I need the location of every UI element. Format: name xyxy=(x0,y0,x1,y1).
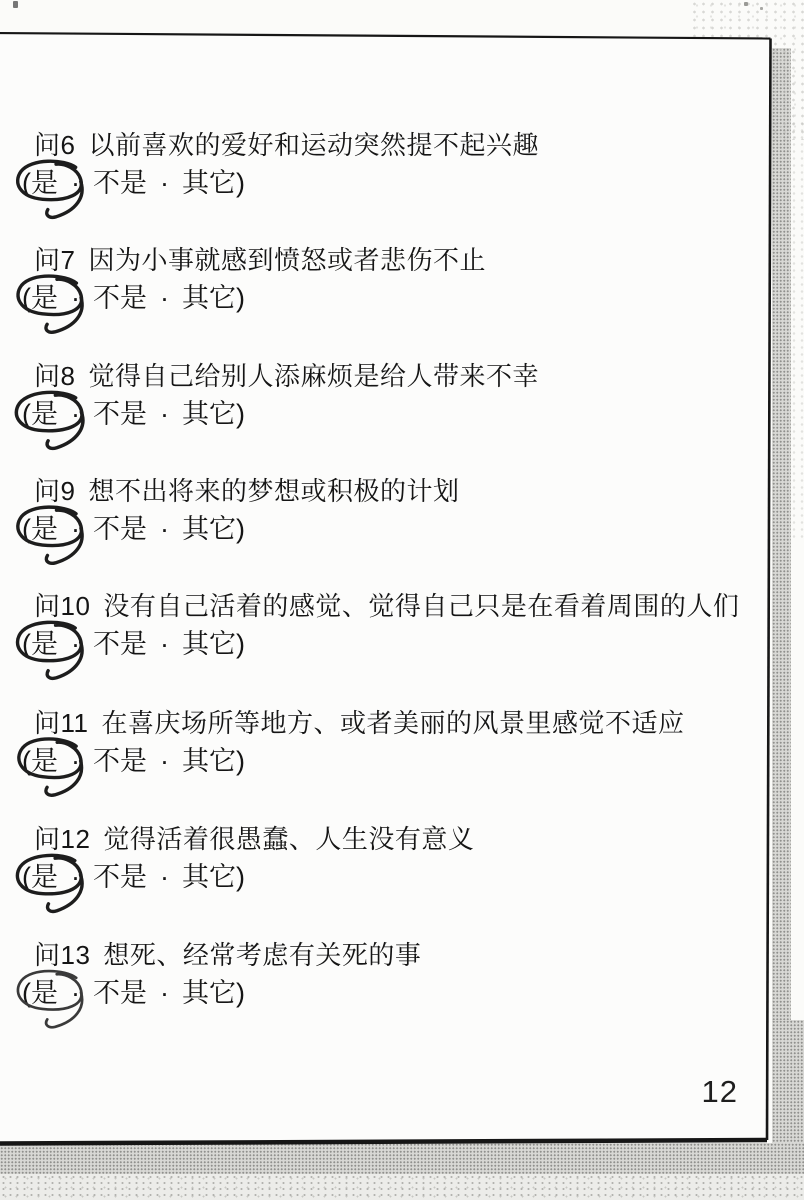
answer-yes-circled: (是 xyxy=(22,511,58,547)
separator-dot: · xyxy=(160,859,169,895)
separator-dot: · xyxy=(160,626,169,662)
question-number: 问13 xyxy=(34,940,90,970)
separator-dot: · xyxy=(160,743,169,779)
answer-yes: 是 xyxy=(31,514,58,544)
question-item: 问8觉得自己给别人添麻烦是给人带来不幸 (是·不是·其它) xyxy=(0,359,780,432)
question-text: 觉得活着很愚蠢、人生没有意义 xyxy=(103,824,474,854)
question-line: 问12觉得活着很愚蠢、人生没有意义 xyxy=(34,822,780,856)
answer-yes: 是 xyxy=(31,862,58,892)
open-paren: ( xyxy=(22,629,31,659)
separator-dot: · xyxy=(71,743,80,779)
open-paren: ( xyxy=(22,168,31,198)
open-paren: ( xyxy=(22,283,31,313)
answer-options: (是·不是·其它) xyxy=(22,396,780,432)
question-text: 觉得自己给别人添麻烦是给人带来不幸 xyxy=(88,361,539,391)
question-line: 问9想不出将来的梦想或积极的计划 xyxy=(34,474,780,508)
answer-yes-circled: (是 xyxy=(22,165,58,201)
question-item: 问6以前喜欢的爱好和运动突然提不起兴趣 (是·不是·其它) xyxy=(0,128,780,201)
question-line: 问7因为小事就感到愤怒或者悲伤不止 xyxy=(34,243,780,277)
question-number: 问7 xyxy=(34,245,75,275)
question-text: 在喜庆场所等地方、或者美丽的风景里感觉不适应 xyxy=(102,708,685,738)
answer-options: (是·不是·其它) xyxy=(22,859,780,895)
question-text: 没有自己活着的感觉、觉得自己只是在看着周围的人们 xyxy=(103,591,739,621)
question-number: 问10 xyxy=(34,591,90,621)
answer-other: 其它 xyxy=(182,629,236,659)
question-item: 问10没有自己活着的感觉、觉得自己只是在看着周围的人们 (是·不是·其它) xyxy=(0,589,780,662)
separator-dot: · xyxy=(71,165,80,201)
separator-dot: · xyxy=(160,511,169,547)
separator-dot: · xyxy=(71,511,80,547)
close-paren: ) xyxy=(236,862,245,892)
answer-yes-circled: (是 xyxy=(22,396,58,432)
close-paren: ) xyxy=(236,629,245,659)
separator-dot: · xyxy=(160,165,169,201)
close-paren: ) xyxy=(236,746,245,776)
close-paren: ) xyxy=(236,978,245,1008)
answer-options: (是·不是·其它) xyxy=(22,165,780,201)
answer-options: (是·不是·其它) xyxy=(22,280,780,316)
question-item: 问9想不出将来的梦想或积极的计划 (是·不是·其它) xyxy=(0,474,780,547)
answer-yes: 是 xyxy=(31,746,58,776)
question-text: 以前喜欢的爱好和运动突然提不起兴趣 xyxy=(88,130,539,160)
separator-dot: · xyxy=(160,975,169,1011)
close-paren: ) xyxy=(236,168,245,198)
question-text: 想不出将来的梦想或积极的计划 xyxy=(88,476,459,506)
question-line: 问13想死、经常考虑有关死的事 xyxy=(34,938,780,972)
answer-yes-circled: (是 xyxy=(22,626,58,662)
answer-yes: 是 xyxy=(31,283,58,313)
question-number: 问9 xyxy=(34,476,75,506)
open-paren: ( xyxy=(22,978,31,1008)
open-paren: ( xyxy=(22,862,31,892)
answer-no: 不是 xyxy=(93,746,147,776)
answer-other: 其它 xyxy=(182,514,236,544)
open-paren: ( xyxy=(22,399,31,429)
answer-no: 不是 xyxy=(93,399,147,429)
question-number: 问6 xyxy=(34,130,75,160)
answer-options: (是·不是·其它) xyxy=(22,743,780,779)
answer-options: (是·不是·其它) xyxy=(22,975,780,1011)
answer-no: 不是 xyxy=(93,629,147,659)
answer-other: 其它 xyxy=(182,746,236,776)
questionnaire: 问6以前喜欢的爱好和运动突然提不起兴趣 (是·不是·其它) 问7因为小事就感到愤… xyxy=(0,0,804,1200)
answer-yes-circled: (是 xyxy=(22,975,58,1011)
question-item: 问13想死、经常考虑有关死的事 (是·不是·其它) xyxy=(0,938,780,1011)
answer-options: (是·不是·其它) xyxy=(22,626,780,662)
answer-other: 其它 xyxy=(182,283,236,313)
answer-yes: 是 xyxy=(31,399,58,429)
question-line: 问8觉得自己给别人添麻烦是给人带来不幸 xyxy=(34,359,780,393)
answer-yes-circled: (是 xyxy=(22,743,58,779)
answer-other: 其它 xyxy=(182,978,236,1008)
answer-other: 其它 xyxy=(182,168,236,198)
separator-dot: · xyxy=(160,280,169,316)
separator-dot: · xyxy=(160,396,169,432)
answer-no: 不是 xyxy=(93,283,147,313)
answer-other: 其它 xyxy=(182,862,236,892)
answer-yes: 是 xyxy=(31,168,58,198)
answer-options: (是·不是·其它) xyxy=(22,511,780,547)
question-item: 问7因为小事就感到愤怒或者悲伤不止 (是·不是·其它) xyxy=(0,243,780,316)
separator-dot: · xyxy=(71,626,80,662)
separator-dot: · xyxy=(71,859,80,895)
separator-dot: · xyxy=(71,396,80,432)
answer-yes-circled: (是 xyxy=(22,280,58,316)
answer-no: 不是 xyxy=(93,862,147,892)
page-number: 12 xyxy=(702,1074,738,1110)
answer-yes-circled: (是 xyxy=(22,859,58,895)
answer-no: 不是 xyxy=(93,978,147,1008)
question-line: 问10没有自己活着的感觉、觉得自己只是在看着周围的人们 xyxy=(34,589,780,623)
question-number: 问11 xyxy=(34,708,89,738)
question-text: 想死、经常考虑有关死的事 xyxy=(103,940,421,970)
separator-dot: · xyxy=(71,975,80,1011)
answer-no: 不是 xyxy=(93,514,147,544)
open-paren: ( xyxy=(22,514,31,544)
close-paren: ) xyxy=(236,514,245,544)
close-paren: ) xyxy=(236,399,245,429)
question-number: 问12 xyxy=(34,824,90,854)
scanned-page: 问6以前喜欢的爱好和运动突然提不起兴趣 (是·不是·其它) 问7因为小事就感到愤… xyxy=(0,0,804,1200)
question-text: 因为小事就感到愤怒或者悲伤不止 xyxy=(88,245,486,275)
close-paren: ) xyxy=(236,283,245,313)
question-item: 问11在喜庆场所等地方、或者美丽的风景里感觉不适应 (是·不是·其它) xyxy=(0,706,780,779)
answer-no: 不是 xyxy=(93,168,147,198)
question-line: 问6以前喜欢的爱好和运动突然提不起兴趣 xyxy=(34,128,780,162)
answer-yes: 是 xyxy=(31,978,58,1008)
question-number: 问8 xyxy=(34,361,75,391)
question-item: 问12觉得活着很愚蠢、人生没有意义 (是·不是·其它) xyxy=(0,822,780,895)
open-paren: ( xyxy=(22,746,31,776)
question-line: 问11在喜庆场所等地方、或者美丽的风景里感觉不适应 xyxy=(34,706,780,740)
separator-dot: · xyxy=(71,280,80,316)
answer-yes: 是 xyxy=(31,629,58,659)
answer-other: 其它 xyxy=(182,399,236,429)
